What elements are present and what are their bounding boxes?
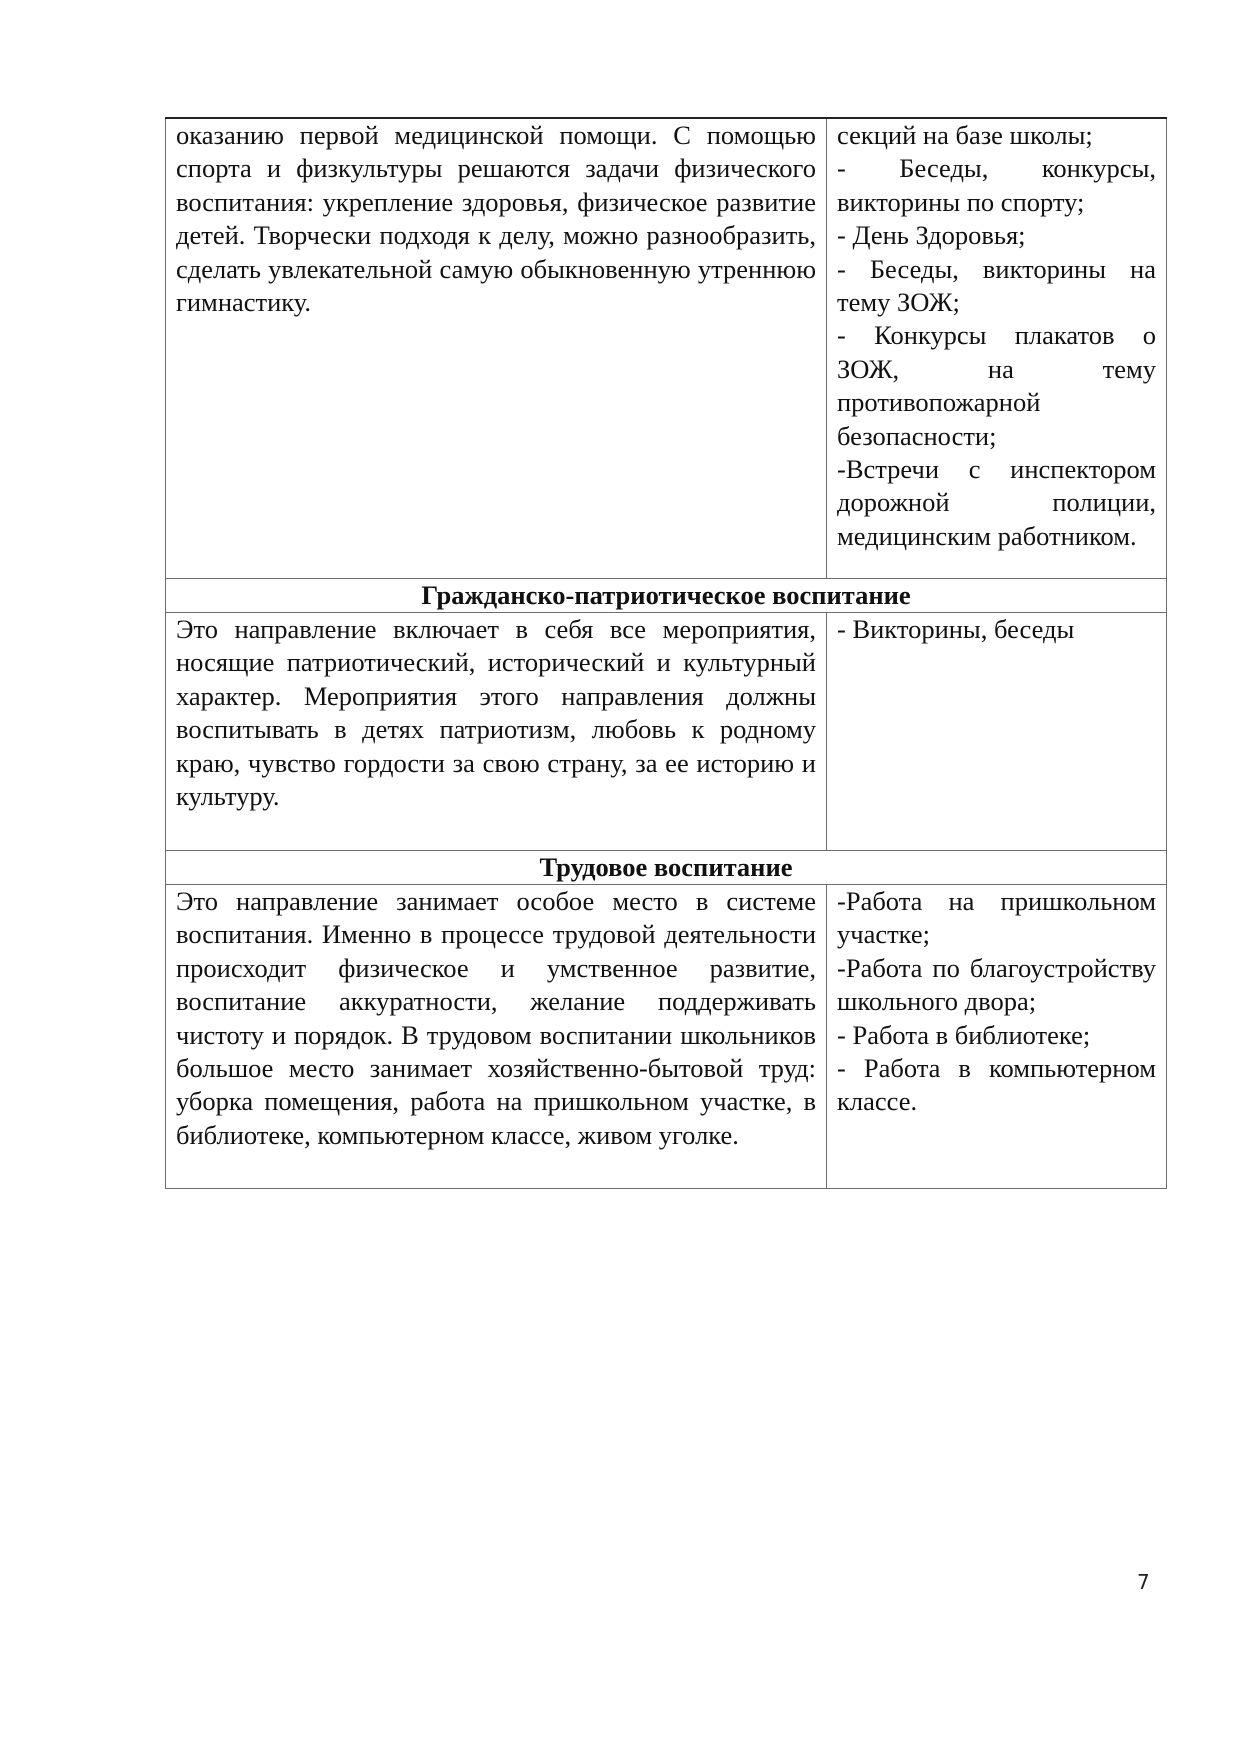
page-number: 7 [1137, 1570, 1150, 1594]
activity-item: -Работа на пришкольном участке; [837, 885, 1156, 952]
activity-item: - Викторины, беседы [837, 613, 1156, 646]
activity-item: - Беседы, конкурсы, викторины по спорту; [837, 152, 1156, 219]
activity-item: - День Здоровья; [837, 219, 1156, 252]
activities-cell: секций на базе школы; - Беседы, конкурсы… [827, 118, 1167, 579]
section-title-civic-patriotic: Гражданско-патриотическое воспитание [166, 579, 1167, 613]
activity-item: -Работа по благоустройству школьного дво… [837, 952, 1156, 1019]
activity-item: -Встречи с инспектором дорожной полиции,… [837, 453, 1156, 553]
activities-table: оказанию первой медицинской помощи. С по… [165, 117, 1167, 1189]
table-row-labor: Это направление занимает особое место в … [166, 885, 1167, 1189]
description-cell: оказанию первой медицинской помощи. С по… [166, 118, 827, 579]
table-row-physical-continued: оказанию первой медицинской помощи. С по… [166, 118, 1167, 579]
section-header-row: Гражданско-патриотическое воспитание [166, 579, 1167, 613]
description-cell: Это направление включает в себя все меро… [166, 613, 827, 851]
section-title-labor: Трудовое воспитание [166, 851, 1167, 885]
document-page: оказанию первой медицинской помощи. С по… [0, 0, 1241, 1755]
activity-item: секций на базе школы; [837, 119, 1156, 152]
activity-item: - Беседы, викторины на тему ЗОЖ; [837, 253, 1156, 320]
description-cell: Это направление занимает особое место в … [166, 885, 827, 1189]
activities-cell: -Работа на пришкольном участке; -Работа … [827, 885, 1167, 1189]
section-header-row: Трудовое воспитание [166, 851, 1167, 885]
activity-item: - Работа в библиотеке; [837, 1019, 1156, 1052]
activity-item: - Работа в компьютерном классе. [837, 1052, 1156, 1119]
table-row-civic-patriotic: Это направление включает в себя все меро… [166, 613, 1167, 851]
activity-item: - Конкурсы плакатов о ЗОЖ, на тему проти… [837, 319, 1156, 453]
activities-cell: - Викторины, беседы [827, 613, 1167, 851]
